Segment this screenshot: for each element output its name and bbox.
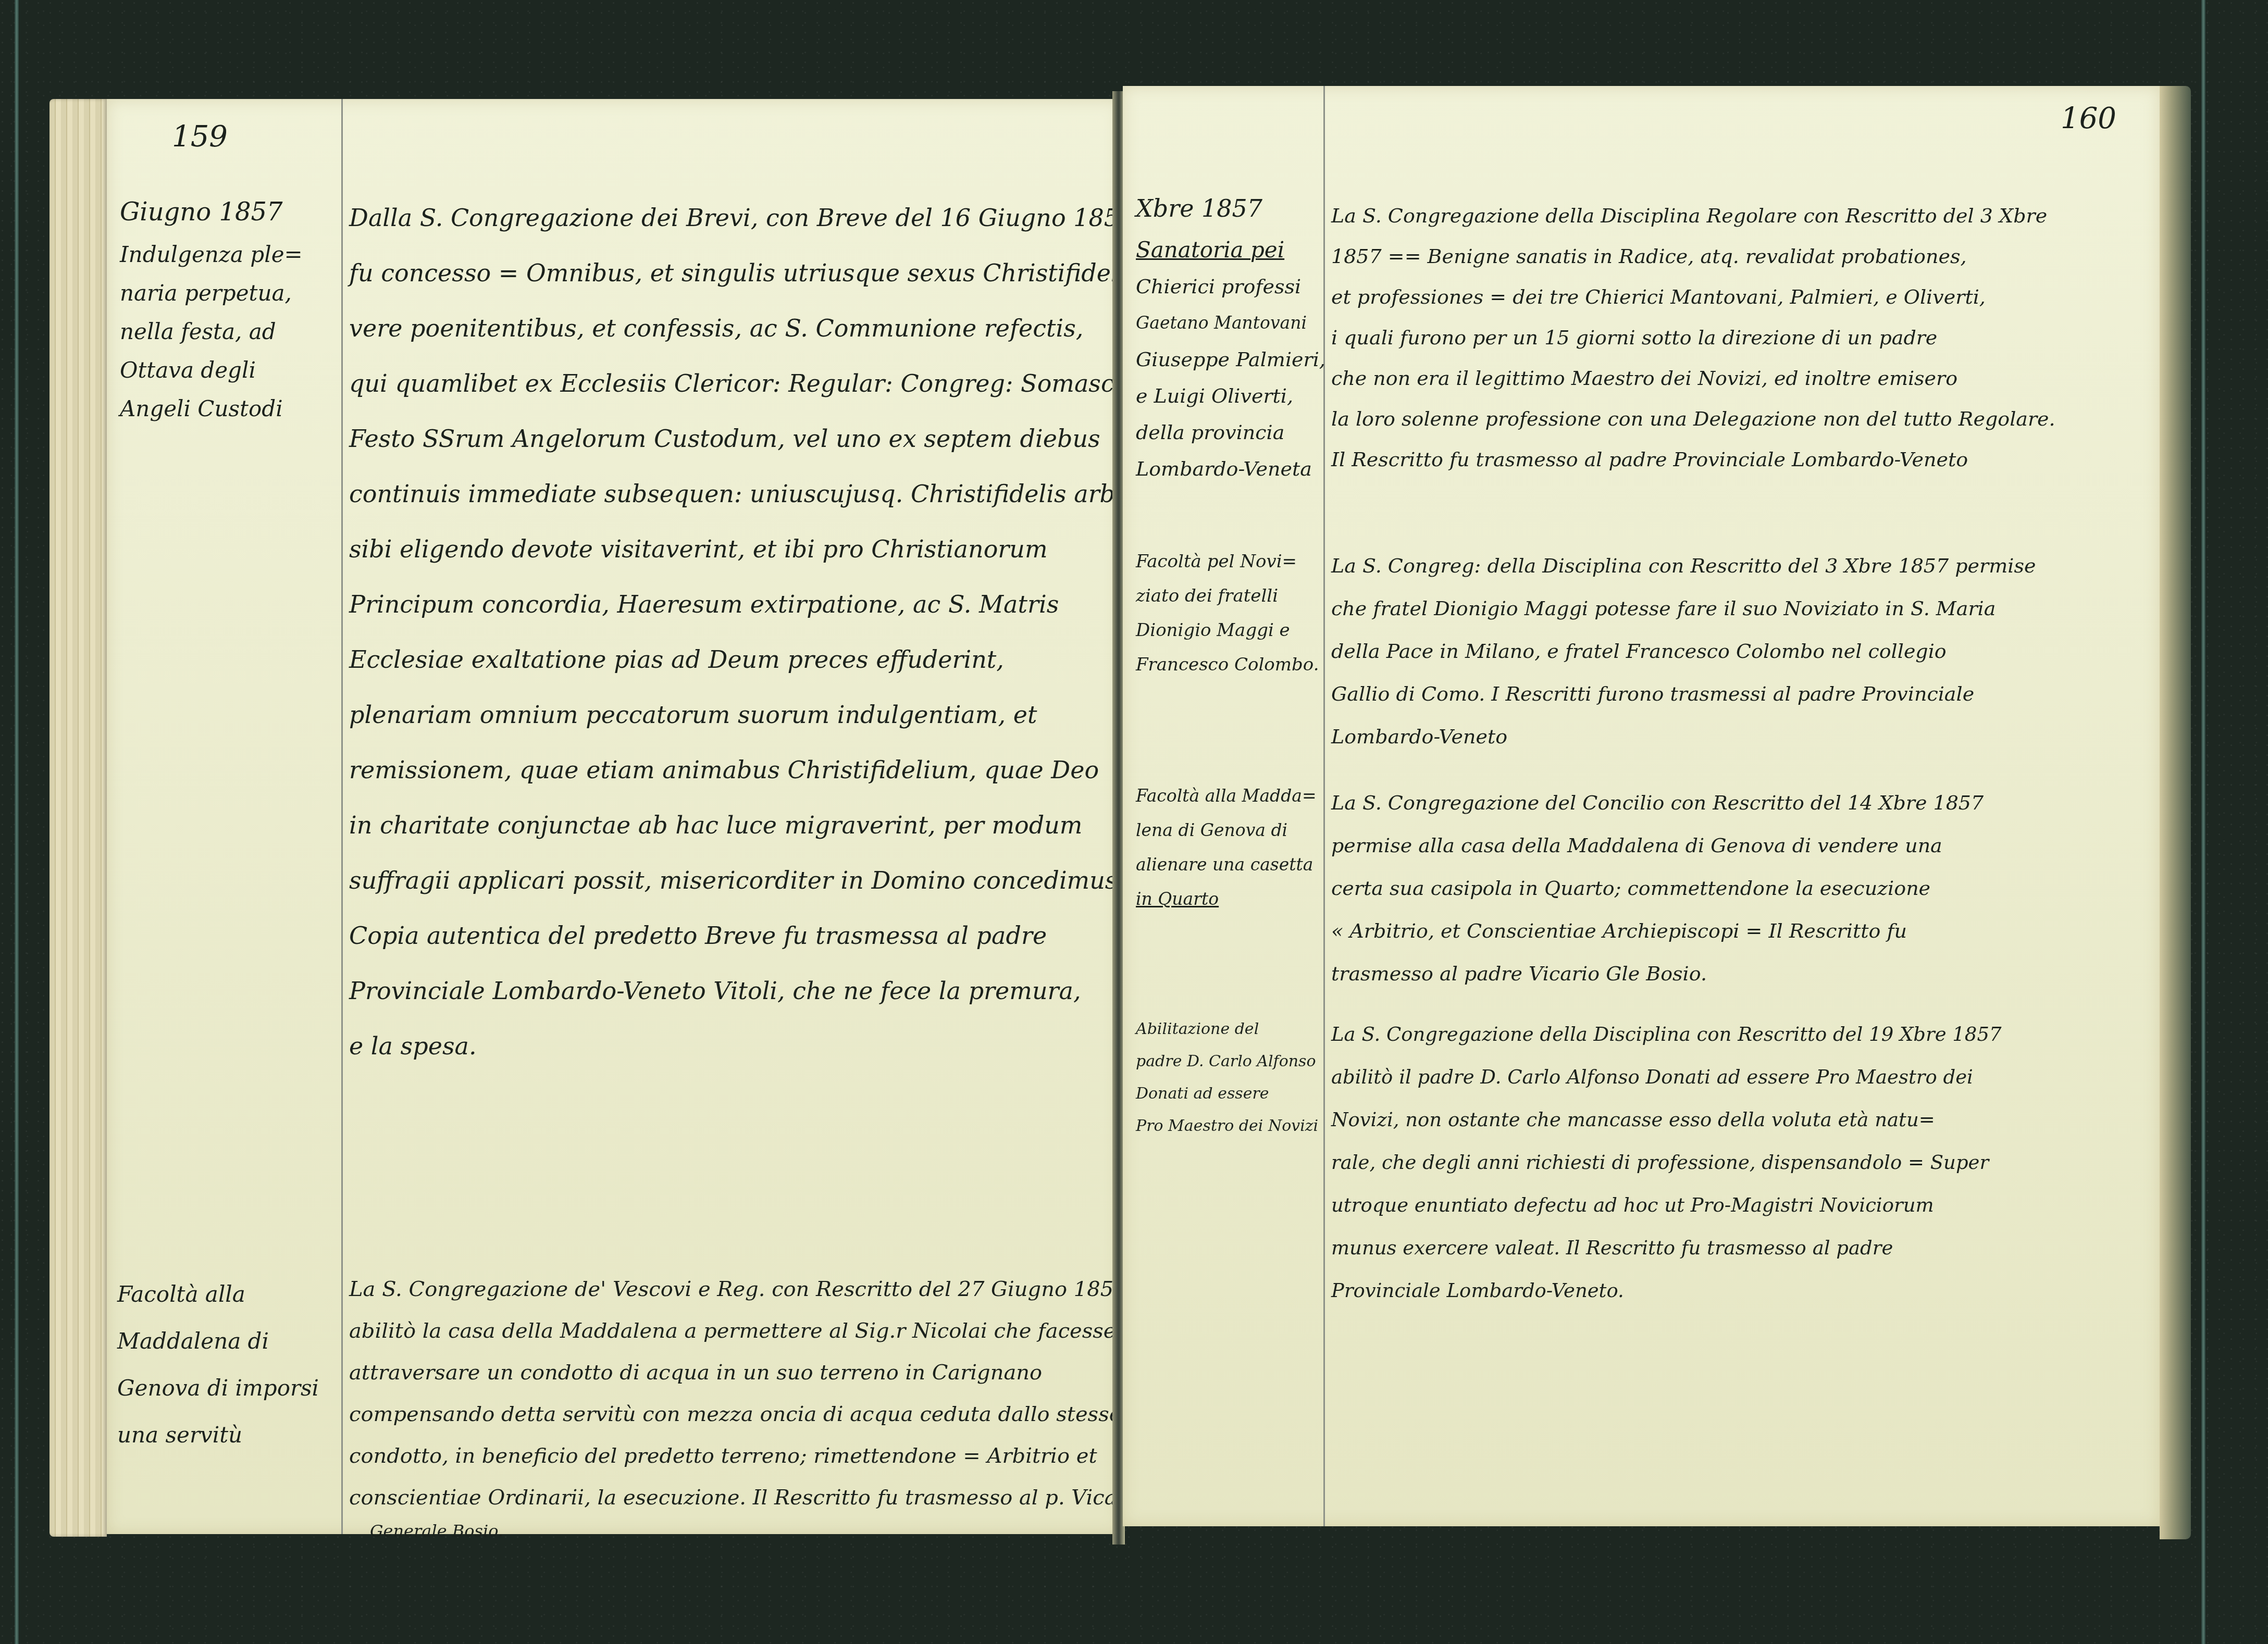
text-line: Dalla S. Congregazione dei Brevi, con Br… [349, 190, 1110, 245]
margin-line: Lombardo-Veneta [1136, 451, 1323, 487]
margin-note: Facoltà alla Madda= lena di Genova di al… [1136, 779, 1323, 916]
left-page: 159 Giugno 1857 Indulgenza ple= naria pe… [107, 99, 1120, 1534]
margin-line: nella festa, ad [120, 313, 339, 351]
text-line: conscientiae Ordinarii, la esecuzione. I… [349, 1477, 1115, 1518]
margin-line: Maddalena di [117, 1318, 336, 1365]
entry-body: La S. Congreg: della Disciplina con Resc… [1331, 544, 2144, 758]
text-line: et professiones = dei tre Chierici Manto… [1331, 277, 2144, 317]
margin-note: Giugno 1857 Indulgenza ple= naria perpet… [120, 193, 339, 428]
text-line: certa sua casipola in Quarto; commettend… [1331, 867, 2144, 910]
text-line: La S. Congregazione della Disciplina Reg… [1331, 195, 2144, 236]
margin-line: in Quarto [1136, 882, 1323, 916]
margin-line: Angeli Custodi [120, 390, 339, 428]
margin-note: Abilitazione del padre D. Carlo Alfonso … [1136, 1013, 1323, 1142]
text-line: Novizi, non ostante che mancasse esso de… [1331, 1099, 2144, 1141]
entry-body: La S. Congregazione del Concilio con Res… [1331, 781, 2144, 995]
text-line: Il Rescritto fu trasmesso al padre Provi… [1331, 439, 2144, 480]
text-line: remissionem, quae etiam animabus Christi… [349, 742, 1110, 798]
margin-line: Francesco Colombo. [1136, 647, 1323, 682]
text-line: vere poenitentibus, et confessis, ac S. … [349, 301, 1110, 356]
entry-body: La S. Congregazione de' Vescovi e Reg. c… [349, 1268, 1115, 1543]
open-book: 159 Giugno 1857 Indulgenza ple= naria pe… [49, 81, 2191, 1547]
margin-line: della provincia [1136, 414, 1323, 451]
margin-line: Genova di imporsi [117, 1365, 336, 1412]
margin-note: Facoltà pel Novi= ziato dei fratelli Dio… [1136, 544, 1323, 682]
text-line: 1857 == Benigne sanatis in Radice, atq. … [1331, 236, 2144, 277]
text-line: Provinciale Lombardo-Veneto. [1331, 1269, 2144, 1312]
margin-line: Giugno 1857 [120, 193, 339, 231]
margin-note: Facoltà alla Maddalena di Genova di impo… [117, 1271, 336, 1459]
entry-body: La S. Congregazione della Disciplina con… [1331, 1013, 2144, 1312]
margin-line: Giuseppe Palmieri, [1136, 341, 1323, 378]
margin-line: Abilitazione del [1136, 1013, 1323, 1045]
margin-line: Gaetano Mantovani [1136, 305, 1323, 341]
text-line: suffragii applicari possit, misericordit… [349, 853, 1110, 908]
entry-body: La S. Congregazione della Disciplina Reg… [1331, 195, 2144, 480]
page-edges-right [2160, 86, 2191, 1539]
text-line: Copia autentica del predetto Breve fu tr… [349, 908, 1110, 963]
margin-line: ziato dei fratelli [1136, 579, 1323, 613]
page-number: 160 [2061, 102, 2116, 135]
text-line: della Pace in Milano, e fratel Francesco… [1331, 630, 2144, 672]
margin-note: Xbre 1857 Sanatoria pei Chierici profess… [1136, 190, 1323, 487]
text-line: Lombardo-Veneto [1331, 715, 2144, 758]
margin-line: Chierici professi [1136, 268, 1323, 305]
margin-line: Indulgenza ple= [120, 235, 339, 274]
margin-rule [341, 99, 343, 1534]
text-line: rale, che degli anni richiesti di profes… [1331, 1141, 2144, 1184]
text-line: che fratel Dionigio Maggi potesse fare i… [1331, 587, 2144, 630]
margin-line: e Luigi Oliverti, [1136, 378, 1323, 414]
text-line: fu concesso = Omnibus, et singulis utriu… [349, 245, 1110, 301]
text-line: che non era il legittimo Maestro dei Nov… [1331, 358, 2144, 398]
margin-line: alienare una casetta [1136, 848, 1323, 882]
text-line: continuis immediate subsequen: uniuscuju… [349, 466, 1110, 521]
margin-line: Xbre 1857 [1136, 190, 1323, 227]
text-line: abilitò la casa della Maddalena a permet… [349, 1310, 1115, 1352]
margin-line: Facoltà pel Novi= [1136, 544, 1323, 579]
text-line: Provinciale Lombardo-Veneto Vitoli, che … [349, 963, 1110, 1018]
glass-edge-right [2201, 0, 2205, 1644]
margin-line: Facoltà alla [117, 1271, 336, 1318]
text-line: plenariam omnium peccatorum suorum indul… [349, 687, 1110, 742]
margin-line: Pro Maestro dei Novizi [1136, 1110, 1323, 1142]
text-line: Generale Bosio. [349, 1518, 1115, 1543]
text-line: Principum concordia, Haeresum extirpatio… [349, 577, 1110, 632]
text-line: la loro solenne professione con una Dele… [1331, 398, 2144, 439]
text-line: La S. Congregazione de' Vescovi e Reg. c… [349, 1268, 1115, 1310]
text-line: i quali furono per un 15 giorni sotto la… [1331, 317, 2144, 358]
text-line: « Arbitrio, et Conscientiae Archiepiscop… [1331, 910, 2144, 952]
text-line: sibi eligendo devote visitaverint, et ib… [349, 521, 1110, 577]
margin-line: padre D. Carlo Alfonso [1136, 1045, 1323, 1078]
margin-line: naria perpetua, [120, 274, 339, 313]
margin-line: Dionigio Maggi e [1136, 613, 1323, 647]
text-line: munus exercere valeat. Il Rescritto fu t… [1331, 1227, 2144, 1269]
text-line: Gallio di Como. I Rescritti furono trasm… [1331, 672, 2144, 715]
text-line: in charitate conjunctae ab hac luce migr… [349, 798, 1110, 853]
text-line: qui quamlibet ex Ecclesiis Clericor: Reg… [349, 356, 1110, 411]
margin-line: Donati ad essere [1136, 1078, 1323, 1110]
text-line: e la spesa. [349, 1018, 1110, 1074]
text-line: condotto, in beneficio del predetto terr… [349, 1435, 1115, 1477]
text-line: Ecclesiae exaltatione pias ad Deum prece… [349, 632, 1110, 687]
margin-line: Sanatoria pei [1136, 232, 1323, 268]
glass-edge-left [15, 0, 19, 1644]
margin-line: lena di Genova di [1136, 813, 1323, 848]
text-line: Festo SSrum Angelorum Custodum, vel uno … [349, 411, 1110, 466]
text-line: abilitò il padre D. Carlo Alfonso Donati… [1331, 1056, 2144, 1099]
right-page: 160 Xbre 1857 Sanatoria pei Chierici pro… [1123, 86, 2160, 1526]
text-line: La S. Congregazione del Concilio con Res… [1331, 781, 2144, 824]
text-line: La S. Congregazione della Disciplina con… [1331, 1013, 2144, 1056]
margin-line: una servitù [117, 1412, 336, 1459]
text-line: compensando detta servitù con mezza onci… [349, 1393, 1115, 1435]
text-line: utroque enuntiato defectu ad hoc ut Pro-… [1331, 1184, 2144, 1227]
text-line: La S. Congreg: della Disciplina con Resc… [1331, 544, 2144, 587]
page-number: 159 [172, 120, 228, 154]
text-line: trasmesso al padre Vicario Gle Bosio. [1331, 952, 2144, 995]
margin-line: Facoltà alla Madda= [1136, 779, 1323, 813]
margin-line: Ottava degli [120, 351, 339, 390]
text-line: attraversare un condotto di acqua in un … [349, 1352, 1115, 1393]
page-edges-left [49, 99, 107, 1537]
text-line: permise alla casa della Maddalena di Gen… [1331, 824, 2144, 867]
margin-rule [1323, 86, 1325, 1526]
entry-body: Dalla S. Congregazione dei Brevi, con Br… [349, 190, 1110, 1074]
